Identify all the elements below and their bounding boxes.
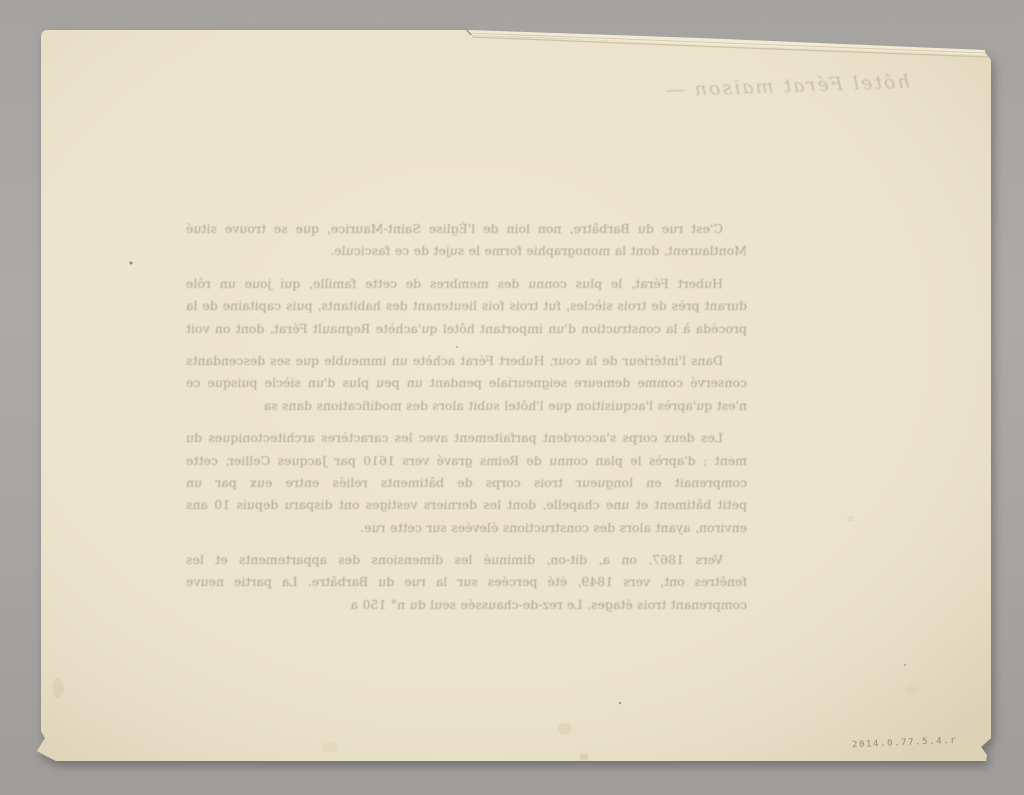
ghost-text-line: ment ; d'après le plan connu de Reims gr… [186,450,747,472]
stain [847,516,855,522]
ghost-text-block: C'est rue du Barbâtre, non loin de l'Égl… [186,218,747,626]
ghost-text-line: Les deux corps s'accordent parfaitement … [186,427,747,449]
ghost-text-line: Hubert Férat, le plus connu des membres … [186,273,747,295]
stain [52,678,64,698]
ghost-text-line: Dans l'intérieur de la cour, Hubert Féra… [186,350,747,372]
ghost-paragraph: Vers 1867, on a, dit-on, diminué les dim… [186,549,747,616]
ghost-text-line: Vers 1867, on a, dit-on, diminué les dim… [186,549,747,571]
ghost-text-line: n'est qu'après l'acquisition que l'hôtel… [186,395,747,417]
speck [619,702,621,704]
ghost-text-line: conservé comme demeure seigneuriale pend… [186,372,747,394]
stain [558,723,572,735]
ghost-text-line: procéda à la construction d'un important… [186,318,747,340]
ghost-paragraph: Les deux corps s'accordent parfaitement … [186,427,747,539]
speck [130,262,133,265]
ghost-text-line: comprenait en longueur trois corps de bâ… [186,472,747,494]
ghost-paragraph: Dans l'intérieur de la cour, Hubert Féra… [186,350,747,417]
ghost-text-line: fenêtres ont, vers 1849, été percées sur… [186,571,747,593]
ghost-text-line: petit bâtiment et une chapelle, dont les… [186,494,747,516]
stain [579,753,589,761]
stain [322,742,338,752]
ghost-text-line: durant près de trois siècles, fut trois … [186,295,747,317]
stain [906,686,918,694]
scan-background: hôtel Férat maison — C'est rue du Barbât… [0,0,1024,795]
ghost-paragraph: Hubert Férat, le plus connu des membres … [186,273,747,340]
ghost-text-line: Montlaurent, dont la monographie forme l… [186,240,747,262]
speck [904,664,906,666]
ghost-paragraph: C'est rue du Barbâtre, non loin de l'Égl… [186,218,747,263]
ghost-text-line: comprenant trois étages. Le rez-de-chaus… [186,594,747,616]
ghost-text-line: environ, ayant alors des constructions é… [186,517,747,539]
ghost-text-line: C'est rue du Barbâtre, non loin de l'Égl… [186,218,747,240]
